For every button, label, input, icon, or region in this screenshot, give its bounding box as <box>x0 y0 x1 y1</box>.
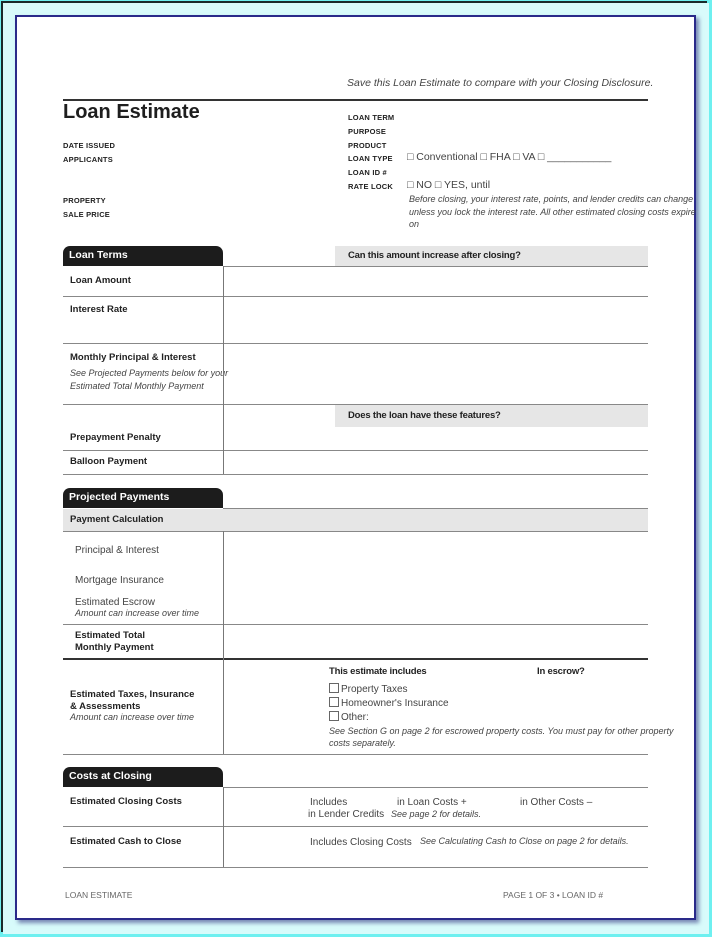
checkbox[interactable] <box>329 697 339 707</box>
field-sale-price: SALE PRICE <box>63 210 110 219</box>
cash-includes: Includes Closing Costs <box>310 837 412 848</box>
field-date-issued: DATE ISSUED <box>63 141 115 150</box>
checkbox-label: Homeowner's Insurance <box>341 698 449 709</box>
checkbox[interactable] <box>329 711 339 721</box>
column-divider <box>223 266 224 474</box>
field-rate-lock: RATE LOCK <box>348 182 393 191</box>
field-purpose: PURPOSE <box>348 127 386 136</box>
field-product: PRODUCT <box>348 141 386 150</box>
prepayment-penalty-label: Prepayment Penalty <box>70 432 161 443</box>
field-loan-id: LOAN ID # <box>348 168 387 177</box>
loan-type-options[interactable]: □ Conventional □ FHA □ VA □ ___________ <box>407 151 611 163</box>
monthly-pi-note: See Projected Payments below for your Es… <box>70 367 255 393</box>
include-other[interactable]: Other: <box>329 711 369 723</box>
field-applicants: APPLICANTS <box>63 155 113 164</box>
balloon-payment-label: Balloon Payment <box>70 456 147 467</box>
rate-lock-options[interactable]: □ NO □ YES, until <box>407 179 490 191</box>
taxes-label-1: Estimated Taxes, Insurance <box>70 689 194 700</box>
rule <box>63 624 648 625</box>
rule <box>63 343 648 344</box>
features-question: Does the loan have these features? <box>348 410 501 421</box>
column-divider <box>223 531 224 754</box>
rule-heavy <box>63 658 648 660</box>
includes-header: This estimate includes <box>329 666 427 677</box>
closing-lender-credits: in Lender Credits <box>308 809 384 820</box>
pp-principal-interest: Principal & Interest <box>75 545 159 556</box>
include-homeowners-insurance[interactable]: Homeowner's Insurance <box>329 697 449 709</box>
taxes-label-2: & Assessments <box>70 701 140 712</box>
rate-lock-note: Before closing, your interest rate, poin… <box>409 193 699 231</box>
rule <box>63 474 648 475</box>
page-title: Loan Estimate <box>63 101 200 124</box>
closing-other-costs: in Other Costs – <box>520 797 592 808</box>
closing-costs-label: Estimated Closing Costs <box>70 796 182 807</box>
tagline: Save this Loan Estimate to compare with … <box>347 77 653 89</box>
pp-estimated-escrow: Estimated Escrow <box>75 597 155 608</box>
total-payment-label-2: Monthly Payment <box>75 642 154 653</box>
closing-loan-costs: in Loan Costs + <box>397 797 467 808</box>
field-property: PROPERTY <box>63 196 106 205</box>
rule <box>63 450 648 451</box>
field-loan-type: LOAN TYPE <box>348 154 393 163</box>
increase-question: Can this amount increase after closing? <box>348 250 521 261</box>
footer-left: LOAN ESTIMATE <box>65 890 132 900</box>
rule <box>63 754 648 755</box>
interest-rate-label: Interest Rate <box>70 304 128 315</box>
rule <box>223 266 648 267</box>
projected-payments-header: Projected Payments <box>63 488 223 508</box>
rule <box>63 296 648 297</box>
cash-note: See Calculating Cash to Close on page 2 … <box>420 836 629 846</box>
taxes-note: Amount can increase over time <box>70 712 194 722</box>
rule <box>63 826 648 827</box>
includes-note: See Section G on page 2 for escrowed pro… <box>329 725 694 749</box>
checkbox-label: Property Taxes <box>341 684 408 695</box>
escrow-header: In escrow? <box>537 666 585 677</box>
monthly-pi-label: Monthly Principal & Interest <box>70 352 196 363</box>
rule <box>63 531 648 532</box>
footer-right: PAGE 1 OF 3 • LOAN ID # <box>503 890 603 900</box>
loan-terms-header: Loan Terms <box>63 246 223 266</box>
rule <box>223 787 648 788</box>
checkbox[interactable] <box>329 683 339 693</box>
payment-calc-label: Payment Calculation <box>70 514 163 525</box>
document-page: Save this Loan Estimate to compare with … <box>15 15 696 920</box>
checkbox-label: Other: <box>341 712 369 723</box>
rule <box>63 867 648 868</box>
pp-escrow-note: Amount can increase over time <box>75 608 199 618</box>
column-divider <box>223 787 224 867</box>
closing-includes: Includes <box>310 797 347 808</box>
cash-to-close-label: Estimated Cash to Close <box>70 836 181 847</box>
loan-amount-label: Loan Amount <box>70 275 131 286</box>
closing-note: See page 2 for details. <box>391 809 481 819</box>
include-property-taxes[interactable]: Property Taxes <box>329 683 408 695</box>
pp-mortgage-insurance: Mortgage Insurance <box>75 575 164 586</box>
total-payment-label-1: Estimated Total <box>75 630 145 641</box>
costs-at-closing-header: Costs at Closing <box>63 767 223 787</box>
field-loan-term: LOAN TERM <box>348 113 394 122</box>
